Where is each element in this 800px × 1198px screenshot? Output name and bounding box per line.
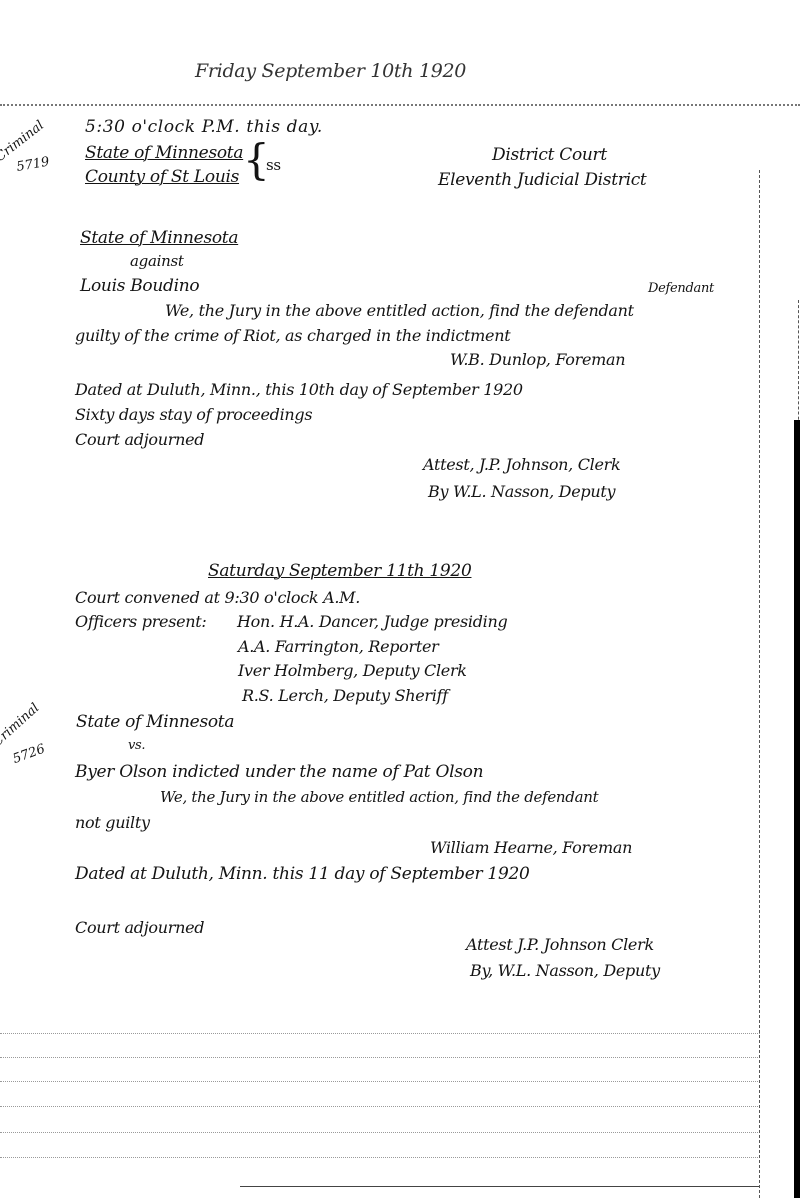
venue-county: County of St Louis (85, 167, 239, 187)
page-rule (0, 1033, 760, 1034)
dated-line: Dated at Duluth, Minn., this 10th day of… (75, 380, 523, 399)
adjourned-line: Court adjourned (75, 430, 204, 449)
caption-plaintiff: State of Minnesota (76, 712, 234, 732)
margin-line (759, 170, 760, 1198)
officer-reporter: A.A. Farrington, Reporter (238, 637, 439, 656)
officer-judge: Hon. H.A. Dancer, Judge presiding (237, 612, 507, 631)
journal-page: Friday September 10th 1920 Criminal 5719… (0, 0, 800, 1198)
caption-defendant-line: Byer Olson indicted under the name of Pa… (75, 762, 483, 782)
adjourned-line: Court adjourned (75, 918, 204, 937)
verdict-line-1: We, the Jury in the above entitled actio… (165, 301, 634, 320)
deputy-signature: By, W.L. Nasson, Deputy (470, 961, 660, 980)
header-date: Friday September 10th 1920 (195, 60, 466, 82)
venue-court: District Court (492, 145, 607, 165)
venue-ss: ss (266, 156, 281, 174)
page-rule (0, 1057, 760, 1058)
convened-line: Court convened at 9:30 o'clock A.M. (75, 588, 360, 607)
date-heading: Saturday September 11th 1920 (208, 561, 471, 581)
verdict-line-2: not guilty (75, 813, 150, 832)
page-rule (0, 1132, 760, 1133)
officer-deputy-clerk: Iver Holmberg, Deputy Clerk (238, 661, 467, 680)
attest-signature: Attest J.P. Johnson Clerk (466, 935, 654, 954)
deputy-signature: By W.L. Nasson, Deputy (428, 482, 615, 501)
caption-versus: against (130, 252, 184, 270)
page-rule (0, 1081, 760, 1082)
officers-label: Officers present: (75, 612, 207, 631)
stay-line: Sixty days stay of proceedings (75, 405, 312, 424)
page-rule (0, 1106, 760, 1107)
page-rule (0, 104, 800, 106)
caption-versus: vs. (128, 738, 145, 753)
margin-note-number: 5726 (11, 742, 47, 767)
officer-deputy-sheriff: R.S. Lerch, Deputy Sheriff (242, 686, 448, 705)
venue-state: State of Minnesota (85, 143, 243, 163)
venue-district: Eleventh Judicial District (438, 170, 646, 190)
caption-defendant-name: Louis Boudino (80, 276, 199, 296)
scan-edge (794, 420, 800, 1198)
verdict-line-1: We, the Jury in the above entitled actio… (160, 788, 598, 806)
page-rule-bottom (240, 1186, 760, 1187)
foreman-signature: William Hearne, Foreman (430, 838, 632, 857)
attest-signature: Attest, J.P. Johnson, Clerk (423, 455, 620, 474)
caption-defendant-label: Defendant (648, 281, 714, 296)
caption-plaintiff: State of Minnesota (80, 228, 238, 248)
verdict-line-2: guilty of the crime of Riot, as charged … (75, 326, 510, 345)
time-line: 5:30 o'clock P.M. this day. (85, 117, 323, 137)
margin-note-number: 5719 (15, 154, 50, 175)
foreman-signature: W.B. Dunlop, Foreman (450, 350, 625, 369)
page-rule (0, 1157, 760, 1158)
dated-line: Dated at Duluth, Minn. this 11 day of Se… (75, 864, 530, 884)
